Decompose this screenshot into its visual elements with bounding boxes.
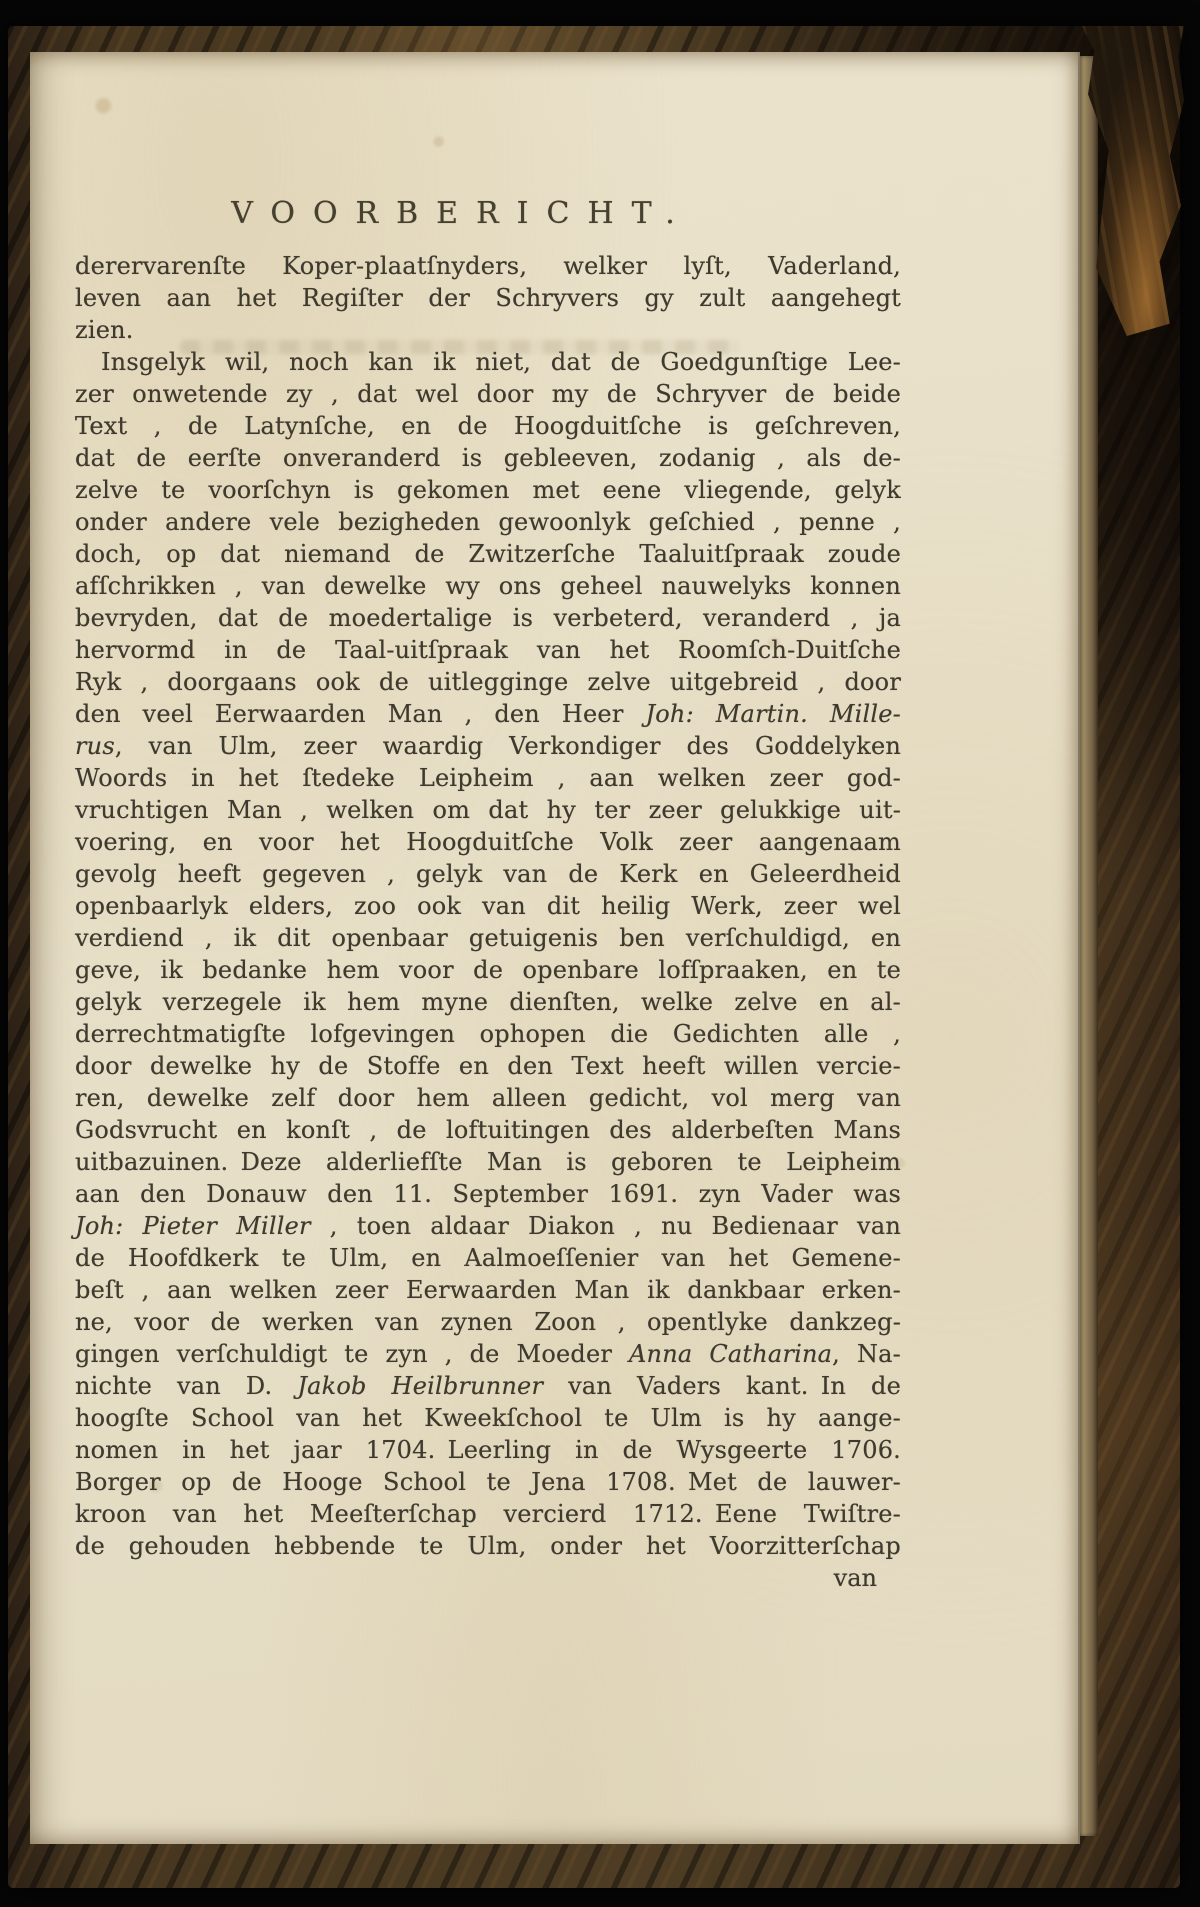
- text-line: de Hoofdkerk te Ulm, en Aalmoeſſenier va…: [75, 1242, 901, 1274]
- text-run: beſt , aan welken zeer Eerwaarden Man ik…: [75, 1276, 901, 1304]
- text-run: Text , de Latynſche, en de Hoogduitſche …: [75, 412, 901, 440]
- text-run: van Vaders kant. In de: [543, 1372, 901, 1400]
- text-run: gevolg heeft gegeven , gelyk van de Kerk…: [75, 860, 901, 888]
- text-line: bevryden, dat de moedertalige is verbete…: [75, 602, 901, 634]
- text-run: nichte van D.: [75, 1372, 297, 1400]
- text-line: onder andere vele bezigheden gewoonlyk g…: [75, 506, 901, 538]
- text-line: zer onwetende zy , dat wel door my de Sc…: [75, 378, 901, 410]
- text-run: de gehouden hebbende te Ulm, onder het V…: [75, 1532, 901, 1560]
- text-line: kroon van het Meeſterſchap vercierd 1712…: [75, 1498, 901, 1530]
- text-line: ren, dewelke zelf door hem alleen gedich…: [75, 1082, 901, 1114]
- text-run: verdiend , ik dit openbaar getuigenis be…: [75, 924, 901, 952]
- text-run: ren, dewelke zelf door hem alleen gedich…: [75, 1084, 901, 1112]
- text-run: zien.: [75, 316, 134, 344]
- italic-name-run: Jakob Heilbrunner: [297, 1372, 543, 1400]
- body-text: derervarenſte Koper-plaatſnyders, welker…: [75, 250, 901, 1562]
- text-run: zer onwetende zy , dat wel door my de Sc…: [75, 380, 901, 408]
- text-line: gevolg heeft gegeven , gelyk van de Kerk…: [75, 858, 901, 890]
- text-run: kroon van het Meeſterſchap vercierd 1712…: [75, 1500, 901, 1528]
- text-line: Borger op de Hooge School te Jena 1708. …: [75, 1466, 901, 1498]
- text-line: Ryk , doorgaans ook de uitlegginge zelve…: [75, 666, 901, 698]
- text-run: leven aan het Regiſter der Schryvers gy …: [75, 284, 901, 312]
- text-run: de Hoofdkerk te Ulm, en Aalmoeſſenier va…: [75, 1244, 901, 1272]
- text-line: nichte van D. Jakob Heilbrunner van Vade…: [75, 1370, 901, 1402]
- text-run: , toen aldaar Diakon , nu Bedienaar van: [311, 1212, 901, 1240]
- page-block-fore-edge: [1078, 56, 1098, 1836]
- text-line: beſt , aan welken zeer Eerwaarden Man ik…: [75, 1274, 901, 1306]
- text-run: Insgelyk wil, noch kan ik niet, dat de G…: [101, 348, 901, 376]
- text-run: vruchtigen Man , welken om dat hy ter ze…: [75, 796, 901, 824]
- text-run: , van Ulm, zeer waardig Verkondiger des …: [115, 732, 901, 760]
- text-line: de gehouden hebbende te Ulm, onder het V…: [75, 1530, 901, 1562]
- text-run: hervormd in de Taal-uitſpraak van het Ro…: [75, 636, 901, 664]
- text-line: Text , de Latynſche, en de Hoogduitſche …: [75, 410, 901, 442]
- text-line: den veel Eerwaarden Man , den Heer Joh: …: [75, 698, 901, 730]
- text-line: verdiend , ik dit openbaar getuigenis be…: [75, 922, 901, 954]
- text-run: gingen verſchuldigt te zyn , de Moeder: [75, 1340, 629, 1368]
- book-scan-scene: VOORBERICHT. derervarenſte Koper-plaatſn…: [0, 0, 1200, 1907]
- text-line: gelyk verzegele ik hem myne dienſten, we…: [75, 986, 901, 1018]
- text-line: nomen in het jaar 1704. Leerling in de W…: [75, 1434, 901, 1466]
- text-run: uitbazuinen. Deze alderliefſte Man is ge…: [75, 1148, 901, 1176]
- text-line: vruchtigen Man , welken om dat hy ter ze…: [75, 794, 901, 826]
- text-line: gingen verſchuldigt te zyn , de Moeder A…: [75, 1338, 901, 1370]
- text-run: openbaarlyk elders, zoo ook van dit heil…: [75, 892, 901, 920]
- text-line: dat de eerſte onveranderd is gebleeven, …: [75, 442, 901, 474]
- italic-name-run: rus: [75, 732, 115, 760]
- text-line: leven aan het Regiſter der Schryvers gy …: [75, 282, 901, 314]
- text-line: hoogſte School van het Kweekſchool te Ul…: [75, 1402, 901, 1434]
- text-run: aan den Donauw den 11. September 1691. z…: [75, 1180, 901, 1208]
- text-run: Borger op de Hooge School te Jena 1708. …: [75, 1468, 901, 1496]
- text-line: derervarenſte Koper-plaatſnyders, welker…: [75, 250, 901, 282]
- text-run: ne, voor de werken van zynen Zoon , open…: [75, 1308, 901, 1336]
- text-run: gelyk verzegele ik hem myne dienſten, we…: [75, 988, 901, 1016]
- catchword: van: [75, 1562, 901, 1594]
- text-line: Woords in het ſtedeke Leipheim , aan wel…: [75, 762, 901, 794]
- text-run: door dewelke hy de Stoffe en den Text he…: [75, 1052, 901, 1080]
- text-run: dat de eerſte onveranderd is gebleeven, …: [75, 444, 901, 472]
- text-run: derervarenſte Koper-plaatſnyders, welker…: [75, 252, 901, 280]
- text-line: Godsvrucht en konſt , de loftuitingen de…: [75, 1114, 901, 1146]
- text-run: , Na-: [832, 1340, 901, 1368]
- italic-name-run: Joh: Martin. Mille-: [645, 700, 901, 728]
- text-run: geve, ik bedanke hem voor de openbare lo…: [75, 956, 901, 984]
- text-line: geve, ik bedanke hem voor de openbare lo…: [75, 954, 901, 986]
- text-run: den veel Eerwaarden Man , den Heer: [75, 700, 645, 728]
- text-run: Woords in het ſtedeke Leipheim , aan wel…: [75, 764, 901, 792]
- italic-name-run: Joh: Pieter Miller: [75, 1212, 311, 1240]
- text-line: doch, op dat niemand de Zwitzerſche Taal…: [75, 538, 901, 570]
- text-line: afſchrikken , van dewelke wy ons geheel …: [75, 570, 901, 602]
- text-line: zien.: [75, 314, 901, 346]
- italic-name-run: Anna Catharina: [629, 1340, 832, 1368]
- text-line: Joh: Pieter Miller , toen aldaar Diakon …: [75, 1210, 901, 1242]
- text-line: Insgelyk wil, noch kan ik niet, dat de G…: [75, 346, 901, 378]
- page-title: VOORBERICHT.: [49, 196, 875, 232]
- text-column: VOORBERICHT. derervarenſte Koper-plaatſn…: [75, 196, 901, 1594]
- text-run: Ryk , doorgaans ook de uitlegginge zelve…: [75, 668, 901, 696]
- text-line: door dewelke hy de Stoffe en den Text he…: [75, 1050, 901, 1082]
- text-run: onder andere vele bezigheden gewoonlyk g…: [75, 508, 901, 536]
- text-run: zelve te voorſchyn is gekomen met eene v…: [75, 476, 901, 504]
- text-run: derrechtmatigſte lofgevingen ophopen die…: [75, 1020, 901, 1048]
- text-line: ne, voor de werken van zynen Zoon , open…: [75, 1306, 901, 1338]
- text-run: bevryden, dat de moedertalige is verbete…: [75, 604, 901, 632]
- text-line: zelve te voorſchyn is gekomen met eene v…: [75, 474, 901, 506]
- text-run: doch, op dat niemand de Zwitzerſche Taal…: [75, 540, 901, 568]
- text-run: voering, en voor het Hoogduitſche Volk z…: [75, 828, 901, 856]
- text-line: voering, en voor het Hoogduitſche Volk z…: [75, 826, 901, 858]
- text-line: derrechtmatigſte lofgevingen ophopen die…: [75, 1018, 901, 1050]
- text-run: Godsvrucht en konſt , de loftuitingen de…: [75, 1116, 901, 1144]
- text-line: uitbazuinen. Deze alderliefſte Man is ge…: [75, 1146, 901, 1178]
- text-run: afſchrikken , van dewelke wy ons geheel …: [75, 572, 901, 600]
- text-line: openbaarlyk elders, zoo ook van dit heil…: [75, 890, 901, 922]
- text-run: hoogſte School van het Kweekſchool te Ul…: [75, 1404, 901, 1432]
- text-line: aan den Donauw den 11. September 1691. z…: [75, 1178, 901, 1210]
- text-line: hervormd in de Taal-uitſpraak van het Ro…: [75, 634, 901, 666]
- text-run: nomen in het jaar 1704. Leerling in de W…: [75, 1436, 901, 1464]
- text-line: rus, van Ulm, zeer waardig Verkondiger d…: [75, 730, 901, 762]
- book-page: VOORBERICHT. derervarenſte Koper-plaatſn…: [30, 52, 1080, 1844]
